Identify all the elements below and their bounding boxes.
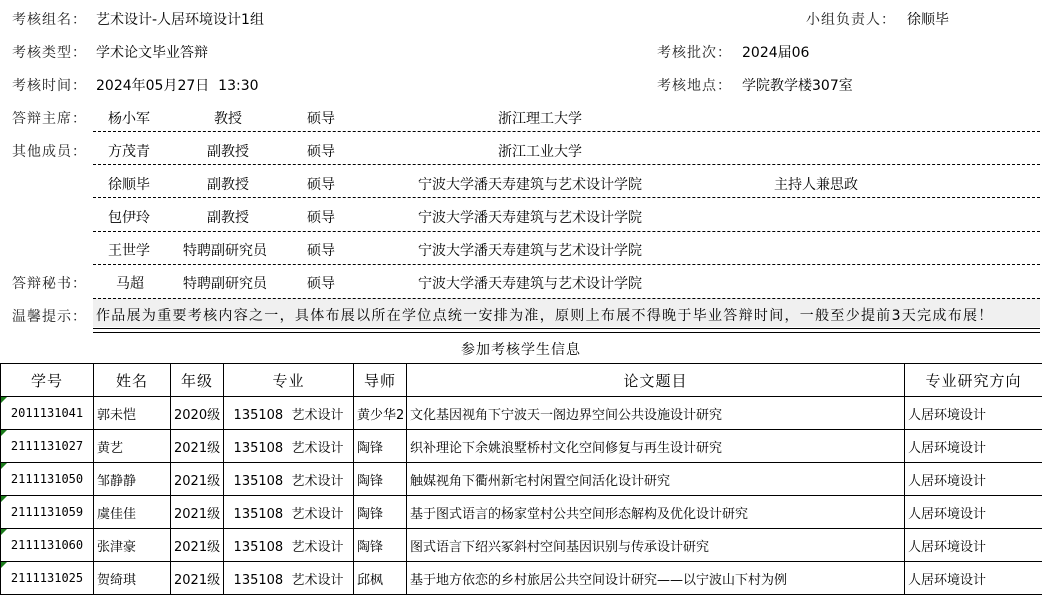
- leader-value: 徐顺毕: [907, 9, 949, 29]
- member-supervisor: 硕导: [307, 108, 335, 128]
- col-header-name: 姓名: [94, 364, 171, 397]
- member-title: 副教授: [207, 141, 249, 161]
- col-header-direction: 专业研究方向: [905, 364, 1042, 397]
- cell-direction[interactable]: 人居环境设计: [905, 397, 1042, 430]
- type-value: 学术论文毕业答辩: [96, 42, 208, 62]
- cell-grade[interactable]: 2021级: [171, 430, 224, 463]
- cell-grade[interactable]: 2021级: [171, 529, 224, 562]
- member-name: 方茂青: [108, 141, 150, 161]
- table-row: 2111131027 黄艺 2021级 135108 艺术设计 陶锋 织补理论下…: [1, 430, 1042, 463]
- notice-label: 温馨提示：: [12, 306, 87, 326]
- member-note: 主持人兼思政: [774, 174, 858, 194]
- cell-grade[interactable]: 2020级: [171, 397, 224, 430]
- batch-value: 2024届06: [742, 42, 809, 62]
- cell-direction[interactable]: 人居环境设计: [905, 430, 1042, 463]
- cell-name[interactable]: 贺绮琪: [94, 562, 171, 595]
- comment-marker-icon: [1, 562, 7, 568]
- cell-major[interactable]: 135108 艺术设计: [224, 397, 354, 430]
- student-id: 2111131027: [11, 439, 83, 453]
- dashed-divider: [93, 164, 1040, 165]
- member-supervisor: 硕导: [307, 273, 335, 293]
- notice-box: 作品展为重要考核内容之一，具体布展以所在学位点统一安排为准，原则上布展不得晚于毕…: [93, 298, 1040, 327]
- dashed-divider: [93, 264, 1040, 265]
- member-org: 浙江工业大学: [498, 141, 582, 161]
- member-supervisor: 硕导: [307, 207, 335, 227]
- cell-advisor[interactable]: 陶锋: [354, 529, 407, 562]
- cell-major[interactable]: 135108 艺术设计: [224, 496, 354, 529]
- table-header-row: 学号 姓名 年级 专业 导师 论文题目 专业研究方向: [1, 364, 1042, 397]
- time-label: 考核时间：: [12, 75, 87, 95]
- group-name-label: 考核组名：: [12, 9, 87, 29]
- student-id: 2111131025: [11, 571, 83, 585]
- comment-marker-icon: [1, 496, 7, 502]
- cell-direction[interactable]: 人居环境设计: [905, 562, 1042, 595]
- cell-id[interactable]: 2011131041: [1, 397, 94, 430]
- group-name-value: 艺术设计-人居环境设计1组: [96, 9, 264, 29]
- table-row: 2111131050 邹静静 2021级 135108 艺术设计 陶锋 触媒视角…: [1, 463, 1042, 496]
- cell-name[interactable]: 张津豪: [94, 529, 171, 562]
- notice-text: 作品展为重要考核内容之一，具体布展以所在学位点统一安排为准，原则上布展不得晚于毕…: [96, 305, 994, 325]
- cell-id[interactable]: 2111131060: [1, 529, 94, 562]
- cell-id[interactable]: 2111131025: [1, 562, 94, 595]
- student-id: 2011131041: [11, 406, 83, 420]
- student-id: 2111131060: [11, 538, 83, 552]
- cell-id[interactable]: 2111131059: [1, 496, 94, 529]
- member-title: 副教授: [207, 174, 249, 194]
- chair-label: 答辩主席：: [12, 108, 87, 128]
- member-title: 特聘副研究员: [183, 273, 267, 293]
- cell-grade[interactable]: 2021级: [171, 463, 224, 496]
- cell-name[interactable]: 虞佳佳: [94, 496, 171, 529]
- member-supervisor: 硕导: [307, 141, 335, 161]
- dashed-divider: [93, 231, 1040, 232]
- member-title: 特聘副研究员: [183, 240, 267, 260]
- comment-marker-icon: [1, 397, 7, 403]
- students-section-title: 参加考核学生信息: [0, 339, 1042, 359]
- cell-name[interactable]: 邹静静: [94, 463, 171, 496]
- dashed-divider: [93, 197, 1040, 198]
- table-row: 2111131025 贺绮琪 2021级 135108 艺术设计 邱枫 基于地方…: [1, 562, 1042, 595]
- cell-thesis[interactable]: 织补理论下余姚浪墅桥村文化空间修复与再生设计研究: [407, 430, 905, 463]
- cell-direction[interactable]: 人居环境设计: [905, 463, 1042, 496]
- cell-direction[interactable]: 人居环境设计: [905, 496, 1042, 529]
- leader-label: 小组负责人：: [806, 9, 896, 29]
- cell-major[interactable]: 135108 艺术设计: [224, 562, 354, 595]
- col-header-advisor: 导师: [354, 364, 407, 397]
- secretary-label: 答辩秘书：: [12, 273, 87, 293]
- table-row: 2111131059 虞佳佳 2021级 135108 艺术设计 陶锋 基于图式…: [1, 496, 1042, 529]
- member-name: 包伊玲: [108, 207, 150, 227]
- cell-thesis[interactable]: 图式语言下绍兴冢斜村空间基因识别与传承设计研究: [407, 529, 905, 562]
- time-value: 2024年05月27日 13:30: [96, 75, 259, 95]
- member-org: 宁波大学潘天寿建筑与艺术设计学院: [418, 174, 642, 194]
- cell-grade[interactable]: 2021级: [171, 562, 224, 595]
- member-title: 副教授: [207, 207, 249, 227]
- cell-thesis[interactable]: 文化基因视角下宁波天一阁边界空间公共设施设计研究: [407, 397, 905, 430]
- cell-advisor[interactable]: 陶锋: [354, 496, 407, 529]
- cell-advisor[interactable]: 陶锋: [354, 463, 407, 496]
- location-value: 学院教学楼307室: [742, 75, 853, 95]
- cell-id[interactable]: 2111131050: [1, 463, 94, 496]
- cell-thesis[interactable]: 基于图式语言的杨家堂村公共空间形态解构及优化设计研究: [407, 496, 905, 529]
- member-name: 徐顺毕: [108, 174, 150, 194]
- location-label: 考核地点：: [657, 75, 732, 95]
- member-name: 马超: [116, 273, 144, 293]
- comment-marker-icon: [1, 430, 7, 436]
- cell-name[interactable]: 郭未恺: [94, 397, 171, 430]
- cell-grade[interactable]: 2021级: [171, 496, 224, 529]
- cell-name[interactable]: 黄艺: [94, 430, 171, 463]
- member-org: 宁波大学潘天寿建筑与艺术设计学院: [418, 273, 642, 293]
- member-org: 宁波大学潘天寿建筑与艺术设计学院: [418, 240, 642, 260]
- table-row: 2011131041 郭未恺 2020级 135108 艺术设计 黄少华2 文化…: [1, 397, 1042, 430]
- student-id: 2111131059: [11, 505, 83, 519]
- students-table: 学号 姓名 年级 专业 导师 论文题目 专业研究方向 2011131041 郭未…: [0, 363, 1042, 595]
- cell-advisor[interactable]: 黄少华2: [354, 397, 407, 430]
- cell-id[interactable]: 2111131027: [1, 430, 94, 463]
- col-header-major: 专业: [224, 364, 354, 397]
- cell-advisor[interactable]: 陶锋: [354, 430, 407, 463]
- col-header-thesis: 论文题目: [407, 364, 905, 397]
- cell-advisor[interactable]: 邱枫: [354, 562, 407, 595]
- member-supervisor: 硕导: [307, 174, 335, 194]
- cell-direction[interactable]: 人居环境设计: [905, 529, 1042, 562]
- member-name: 杨小军: [108, 108, 150, 128]
- double-divider: [93, 328, 1040, 333]
- table-row: 2111131060 张津豪 2021级 135108 艺术设计 陶锋 图式语言…: [1, 529, 1042, 562]
- cell-major[interactable]: 135108 艺术设计: [224, 463, 354, 496]
- batch-label: 考核批次：: [657, 42, 732, 62]
- cell-major[interactable]: 135108 艺术设计: [224, 430, 354, 463]
- member-supervisor: 硕导: [307, 240, 335, 260]
- cell-major[interactable]: 135108 艺术设计: [224, 529, 354, 562]
- cell-thesis[interactable]: 触媒视角下衢州新宅村闲置空间活化设计研究: [407, 463, 905, 496]
- dashed-divider: [93, 131, 1040, 132]
- student-id: 2111131050: [11, 472, 83, 486]
- member-org: 浙江理工大学: [498, 108, 582, 128]
- col-header-id: 学号: [1, 364, 94, 397]
- col-header-grade: 年级: [171, 364, 224, 397]
- member-title: 教授: [214, 108, 242, 128]
- comment-marker-icon: [1, 463, 7, 469]
- member-org: 宁波大学潘天寿建筑与艺术设计学院: [418, 207, 642, 227]
- cell-thesis[interactable]: 基于地方依恋的乡村旅居公共空间设计研究——以宁波山下村为例: [407, 562, 905, 595]
- members-label: 其他成员：: [12, 141, 87, 161]
- type-label: 考核类型：: [12, 42, 87, 62]
- comment-marker-icon: [1, 529, 7, 535]
- member-name: 王世学: [108, 240, 150, 260]
